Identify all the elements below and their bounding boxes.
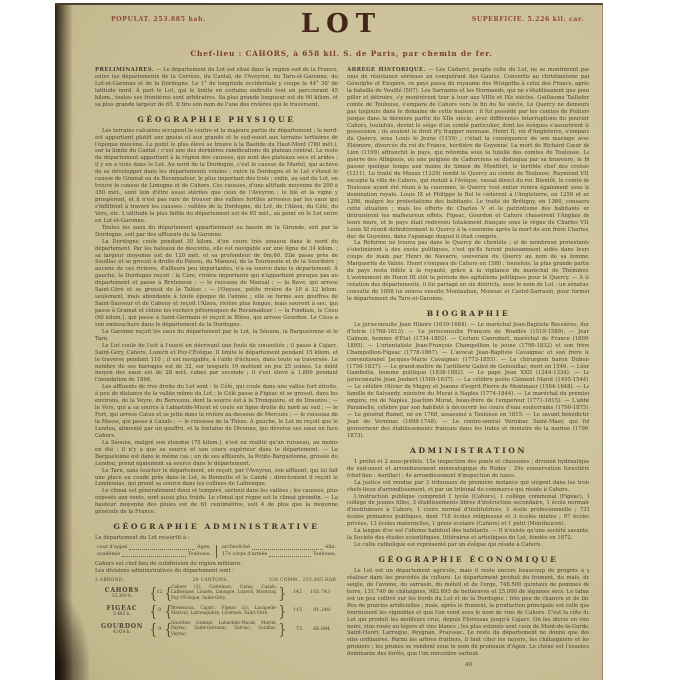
population-count: 81.248 [302, 608, 330, 613]
ressort-label: 17e corps d'armée [222, 552, 267, 558]
ressort-value: Albi. [325, 545, 336, 551]
masthead: POPULAT. 253.885 hab. LOT SUPERFICIE. 5.… [95, 5, 588, 47]
communes-count: 142 [284, 590, 302, 595]
canton-list: Cahors (2), Castelnau, Catus, Cazals, La… [170, 585, 278, 601]
physique-paragraph-2: Toutes les eaux du département appartien… [95, 225, 338, 239]
brace-glyph: } [279, 586, 284, 600]
physique-paragraph-8: Le Tarn, sans toucher le département, en… [95, 468, 338, 489]
physique-paragraph-7: La Séoune, malgré son étendue (75 kilom.… [95, 440, 338, 468]
historique-lead: ABRÉGÉ HISTORIQUE. [347, 67, 426, 73]
header-cantons: 29 CANTONS. [157, 578, 264, 583]
ressort-right: archevêché Albi. 17e corps d'armée Toulo… [222, 545, 336, 558]
ressort-item-archeveche: archevêché Albi. [222, 545, 336, 551]
dotted-leader [252, 549, 323, 550]
admin-military-note: Cahors est chef-lieu de subdivision de r… [95, 561, 338, 568]
dotted-leader [122, 556, 186, 557]
preliminaires-paragraph: PRÉLIMINAIRES. — Le département du Lot e… [95, 67, 338, 109]
arrondissement-label: GOURDON [95, 623, 149, 630]
administration-paragraph-4: La langue d'oc est l'idiome habituel des… [347, 528, 589, 542]
table-row-figeac: FIGEAC 5.483 h. { 8 { Bretenoux, Cajarc,… [95, 604, 338, 618]
ressort-label: cour d'appel [97, 545, 127, 551]
biographie-paragraph: Le jurisconsulte Jean Hilaire (1639-1684… [347, 322, 589, 440]
superficie-stat: SUPERFICIE. 5.226 kil. car. [472, 16, 584, 23]
brace-glyph: { [150, 622, 155, 636]
economique-paragraph: Le Lot est un département agricole, mais… [347, 568, 589, 658]
ressort-divider [216, 545, 217, 558]
ressort-list: cour d'appel Agen. académie Toulouse. [97, 545, 336, 558]
arrondissement-population: 15.369 h. [95, 594, 149, 599]
brace-glyph: } [279, 622, 284, 636]
arrondissement-label: FIGEAC [95, 605, 149, 612]
canton-list: Gourdon, Gramat, Labastide-Murat, Martel… [170, 621, 278, 637]
communes-count: 73 [284, 627, 302, 632]
heading-geographie-economique: GÉOGRAPHIE ÉCONOMIQUE [347, 555, 589, 564]
physique-paragraph-5: Le Lot coule de l'est à l'ouest en décri… [95, 343, 338, 385]
dotted-leader [129, 549, 195, 550]
table-row-cahors: CAHORS 15.369 h. { 12 { Cahors (2), Cast… [95, 585, 338, 601]
divisions-table-header: 3 ARROND. 29 CANTONS. 330 COMM., 253.885… [95, 578, 338, 583]
admin-divisions-intro: Les divisions administratives du départe… [95, 568, 338, 575]
right-column: ABRÉGÉ HISTORIQUE. — Les Cadurci, peuple… [347, 67, 589, 679]
heading-administration: ADMINISTRATION [347, 446, 589, 455]
brace-glyph: } [279, 604, 284, 618]
divisions-table: 3 ARROND. 29 CANTONS. 330 COMM., 253.885… [95, 578, 338, 637]
arrondissement-name: CAHORS 15.369 h. [95, 587, 149, 599]
historique-text: — Les Cadurci, peuple celte du Lot, ne s… [347, 67, 589, 240]
physique-paragraph-4: La Garonne reçoit les eaux du départemen… [95, 329, 338, 343]
arrondissement-population: 4.924 h. [95, 630, 149, 635]
page-number: 40 [347, 662, 589, 668]
heading-geographie-administrative: GÉOGRAPHIE ADMINISTRATIVE [95, 522, 338, 531]
communes-count: 115 [284, 608, 302, 613]
brace-glyph: { [165, 604, 170, 618]
brace-glyph: { [165, 622, 170, 636]
arrondissement-population: 5.483 h. [95, 612, 149, 617]
heading-biographie: BIOGRAPHIE [347, 309, 589, 318]
ressort-left: cour d'appel Agen. académie Toulouse. [97, 545, 211, 558]
ressort-label: archevêché [222, 545, 250, 551]
heading-geographie-physique: GÉOGRAPHIE PHYSIQUE [95, 115, 338, 124]
physique-paragraph-1: Les terrains calcaires occupent le centr… [95, 128, 338, 225]
ressort-value: Toulouse. [188, 552, 211, 558]
arrondissement-label: CAHORS [95, 587, 149, 594]
scanned-book-page: POPULAT. 253.885 hab. LOT SUPERFICIE. 5.… [0, 0, 680, 680]
header-communes: 330 COMM., 253.885 HAB. [264, 578, 338, 583]
left-column: PRÉLIMINAIRES. — Le département du Lot e… [95, 67, 338, 679]
population-count: 105.743 [302, 590, 330, 595]
table-row-gourdon: GOURDON 4.924 h. { 9 { Gourdon, Gramat, … [95, 621, 338, 637]
historique-paragraph-1: ABRÉGÉ HISTORIQUE. — Les Cadurci, peuple… [347, 67, 589, 240]
ressort-label: académie [97, 552, 120, 558]
text-columns: PRÉLIMINAIRES. — Le département du Lot e… [95, 67, 589, 679]
dotted-leader [269, 556, 311, 557]
physique-paragraph-9: Le climat est généralement doux et tempé… [95, 488, 338, 516]
ressort-item-corps-armee: 17e corps d'armée Toulouse. [222, 552, 336, 558]
ressort-item-academie: académie Toulouse. [97, 552, 211, 558]
population-stat: POPULAT. 253.885 hab. [111, 16, 206, 23]
canton-list: Bretenoux, Cajarc, Figeac (2), Lacapelle… [170, 606, 278, 617]
ressort-value: Agen. [197, 545, 211, 551]
population-count: 66.894 [302, 627, 330, 632]
ressort-value: Toulouse. [313, 552, 336, 558]
administration-paragraph-1: 1 préfet et 2 sous-préfets. 15e inspecti… [347, 459, 589, 480]
paper-sheet: POPULAT. 253.885 hab. LOT SUPERFICIE. 5.… [55, 3, 603, 680]
physique-paragraph-6: Les affluents de rive droite du Lot sont… [95, 384, 338, 440]
brace-glyph: { [150, 586, 155, 600]
brace-glyph: { [150, 604, 155, 618]
preliminaires-text: — Le département du Lot est situé dans l… [95, 67, 338, 108]
ressort-item-cour-appel: cour d'appel Agen. [97, 545, 211, 551]
admin-intro: Le département du Lot ressortit à : [95, 535, 338, 542]
brace-glyph: { [165, 586, 170, 600]
arrondissement-name: FIGEAC 5.483 h. [95, 605, 149, 617]
chef-lieu-line: Chef-lieu : CAHORS, à 658 kil. S. de Par… [95, 49, 588, 58]
historique-paragraph-2: La Réforme ne trouva pas dans le Quercy … [347, 240, 589, 302]
physique-paragraph-3: La Dordogne coule pendant 30 kilom. d'un… [95, 239, 338, 329]
arrondissement-name: GOURDON 4.924 h. [95, 623, 149, 635]
administration-paragraph-5: Le culte catholique est représenté par u… [347, 542, 589, 549]
header-arrondissements: 3 ARROND. [95, 578, 157, 583]
administration-paragraph-2: La justice est rendue par 3 tribunaux de… [347, 480, 589, 494]
preliminaires-lead: PRÉLIMINAIRES. [95, 67, 154, 73]
administration-paragraph-3: L'instruction publique comprend 1 lycée … [347, 494, 589, 529]
